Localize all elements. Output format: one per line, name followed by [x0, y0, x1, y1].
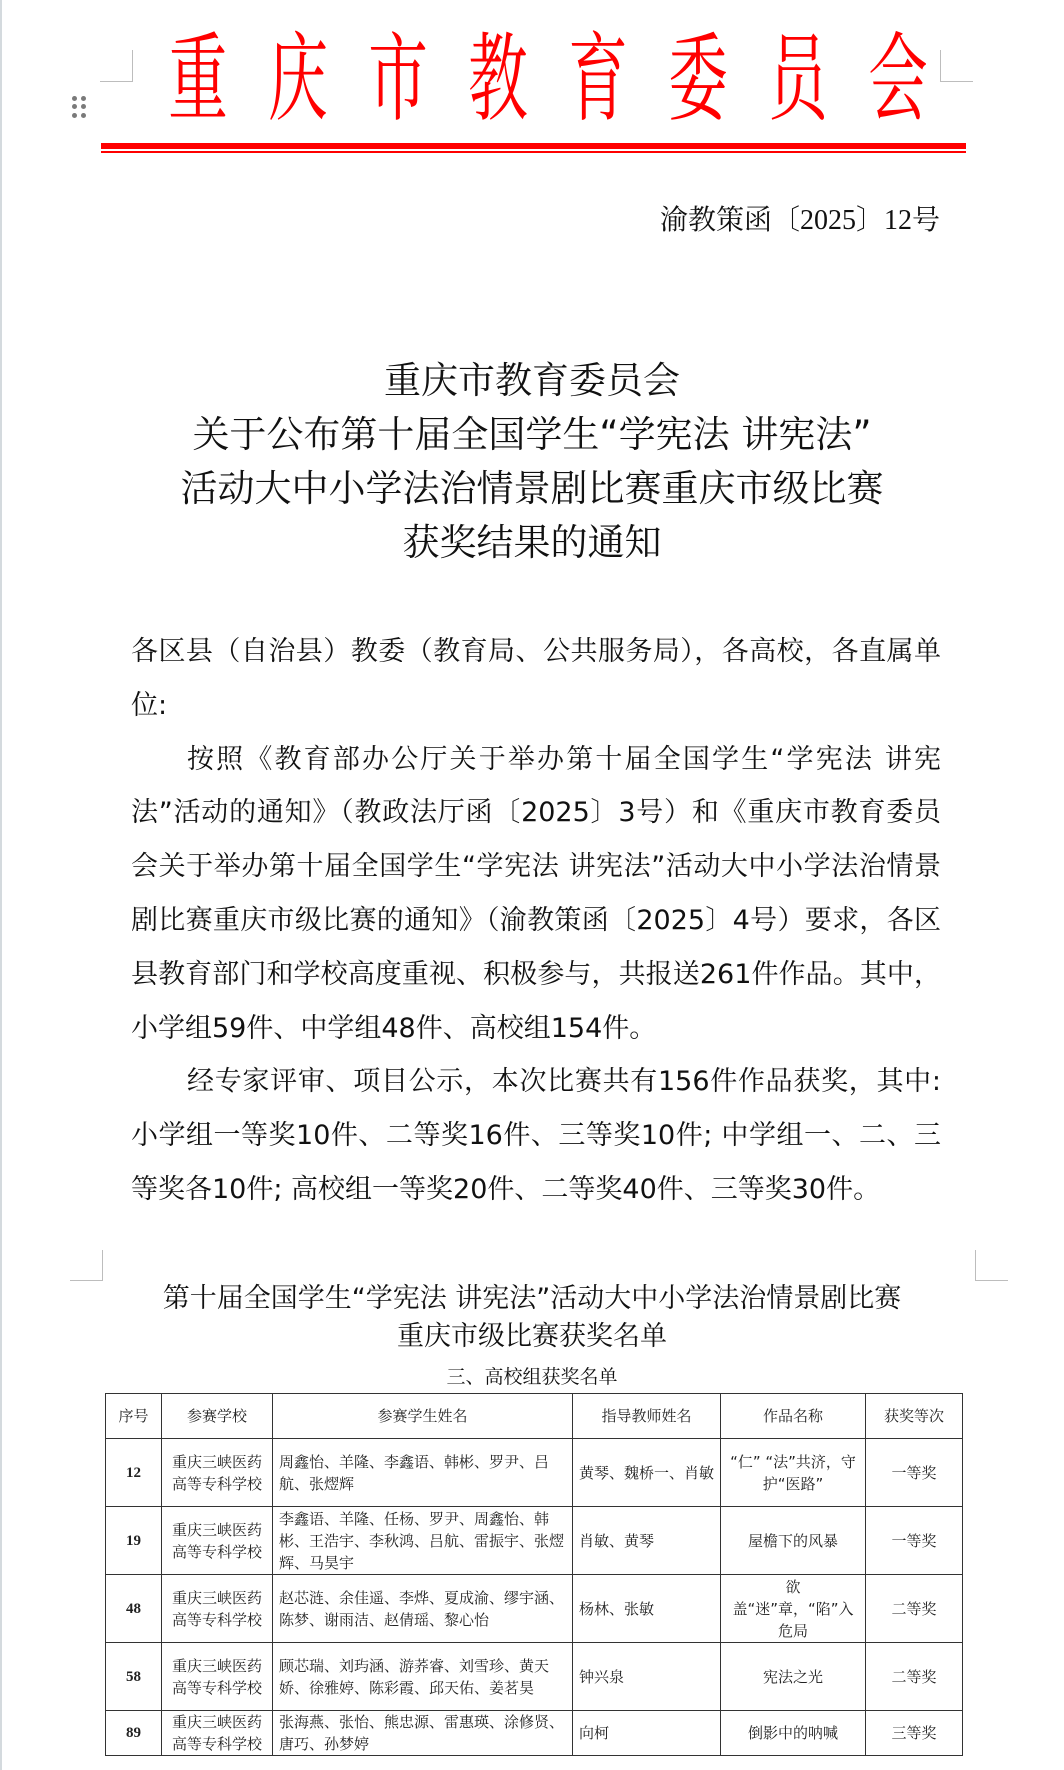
title-line: 关于公布第十届全国学生“学宪法 讲宪法”: [60, 408, 1004, 462]
letterhead-char: 育: [567, 22, 629, 137]
drag-handle-icon[interactable]: [72, 96, 86, 118]
cell-work: 欲盖“迷”章，“陷”入危局: [721, 1575, 866, 1643]
column-header: 参赛学校: [162, 1394, 273, 1439]
cell-teachers: 黄琴、魏桥一、肖敏: [573, 1439, 721, 1507]
body-paragraph: 经专家评审、项目公示，本次比赛共有156件作品获奖，其中: 小学组一等奖10件、…: [131, 1055, 941, 1216]
column-header: 序号: [106, 1394, 162, 1439]
column-header: 获奖等次: [866, 1394, 963, 1439]
document-number: 渝教策函〔2025〕12号: [660, 204, 940, 238]
cell-school: 重庆三峡医药高等专科学校: [162, 1575, 273, 1643]
letterhead-char: 重: [167, 22, 229, 137]
cell-teachers: 肖敏、黄琴: [573, 1507, 721, 1575]
column-header: 指导教师姓名: [573, 1394, 721, 1439]
cell-no: 12: [106, 1439, 162, 1507]
cell-students: 顾芯瑞、刘玙涵、游荞睿、刘雪珍、黄天娇、徐雅婷、陈彩霞、邱天佑、姜茗昊: [273, 1643, 573, 1711]
salutation: 各区县（自治县）教委（教育局、公共服务局），各高校，各直属单位:: [131, 625, 941, 733]
cell-teachers: 钟兴泉: [573, 1643, 721, 1711]
cell-teachers: 杨林、张敏: [573, 1575, 721, 1643]
cell-no: 58: [106, 1643, 162, 1711]
title-line: 获奖结果的通知: [60, 516, 1004, 570]
cell-work: “仁” “法”共济，守护“医路”: [721, 1439, 866, 1507]
title-line: 重庆市教育委员会: [60, 354, 1004, 408]
body-paragraph: 按照《教育部办公厅关于举办第十届全国学生“学宪法 讲宪法”活动的通知》（教政法厅…: [131, 733, 941, 1056]
cell-no: 19: [106, 1507, 162, 1575]
letterhead-char: 庆: [267, 22, 329, 137]
cell-award: 二等奖: [866, 1575, 963, 1643]
cell-no: 48: [106, 1575, 162, 1643]
cell-work: 倒影中的呐喊: [721, 1711, 866, 1756]
cell-school: 重庆三峡医药高等专科学校: [162, 1507, 273, 1575]
award-list-section-heading: 三、高校组获奖名单: [60, 1364, 1004, 1390]
margin-corner-mark-page2-right: [975, 1250, 1008, 1281]
page-left-border: [0, 0, 2, 1770]
cell-award: 一等奖: [866, 1439, 963, 1507]
table-row: 89 重庆三峡医药高等专科学校 张海燕、张怡、熊忠源、雷惠瑛、涂修贤、唐巧、孙梦…: [106, 1711, 963, 1756]
cell-school: 重庆三峡医药高等专科学校: [162, 1711, 273, 1756]
column-header: 参赛学生姓名: [273, 1394, 573, 1439]
letterhead-char: 会: [867, 22, 929, 137]
cell-work: 屋檐下的风暴: [721, 1507, 866, 1575]
margin-corner-mark-page2-left: [70, 1250, 103, 1281]
table-header-row: 序号 参赛学校 参赛学生姓名 指导教师姓名 作品名称 获奖等次: [106, 1394, 963, 1439]
letterhead-char: 教: [467, 22, 529, 137]
cell-school: 重庆三峡医药高等专科学校: [162, 1439, 273, 1507]
table-row: 58 重庆三峡医药高等专科学校 顾芯瑞、刘玙涵、游荞睿、刘雪珍、黄天娇、徐雅婷、…: [106, 1643, 963, 1711]
cell-students: 赵芯涟、余佳遥、李烨、夏成渝、缪宇涵、陈梦、谢雨洁、赵倩瑶、黎心怡: [273, 1575, 573, 1643]
cell-students: 周鑫怡、羊隆、李鑫语、韩彬、罗尹、吕航、张熤辉: [273, 1439, 573, 1507]
cell-award: 三等奖: [866, 1711, 963, 1756]
document-title: 重庆市教育委员会 关于公布第十届全国学生“学宪法 讲宪法” 活动大中小学法治情景…: [60, 354, 1004, 570]
letterhead-char: 员: [767, 22, 829, 137]
award-list-title: 第十届全国学生“学宪法 讲宪法”活动大中小学法治情景剧比赛 重庆市级比赛获奖名单: [60, 1280, 1004, 1356]
column-header: 作品名称: [721, 1394, 866, 1439]
cell-students: 张海燕、张怡、熊忠源、雷惠瑛、涂修贤、唐巧、孙梦婷: [273, 1711, 573, 1756]
cell-work: 宪法之光: [721, 1643, 866, 1711]
cell-teachers: 向柯: [573, 1711, 721, 1756]
table-row: 48 重庆三峡医药高等专科学校 赵芯涟、余佳遥、李烨、夏成渝、缪宇涵、陈梦、谢雨…: [106, 1575, 963, 1643]
table-row: 12 重庆三峡医药高等专科学校 周鑫怡、羊隆、李鑫语、韩彬、罗尹、吕航、张熤辉 …: [106, 1439, 963, 1507]
document-body: 各区县（自治县）教委（教育局、公共服务局），各高校，各直属单位: 按照《教育部办…: [131, 625, 941, 1217]
letterhead: 重 庆 市 教 育 委 员 会: [148, 22, 968, 137]
letterhead-char: 委: [667, 22, 729, 137]
award-list-title-line: 第十届全国学生“学宪法 讲宪法”活动大中小学法治情景剧比赛: [60, 1280, 1004, 1318]
letterhead-char: 市: [367, 22, 429, 137]
award-list-title-line: 重庆市级比赛获奖名单: [60, 1318, 1004, 1356]
cell-award: 一等奖: [866, 1507, 963, 1575]
cell-award: 二等奖: [866, 1643, 963, 1711]
table-row: 19 重庆三峡医药高等专科学校 李鑫语、羊隆、任杨、罗尹、周鑫怡、韩彬、王浩宇、…: [106, 1507, 963, 1575]
title-line: 活动大中小学法治情景剧比赛重庆市级比赛: [60, 462, 1004, 516]
cell-school: 重庆三峡医药高等专科学校: [162, 1643, 273, 1711]
letterhead-red-rule-thin: [101, 151, 966, 153]
award-table: 序号 参赛学校 参赛学生姓名 指导教师姓名 作品名称 获奖等次 12 重庆三峡医…: [105, 1393, 963, 1756]
cell-students: 李鑫语、羊隆、任杨、罗尹、周鑫怡、韩彬、王浩宇、李秋鸿、吕航、雷振宇、张熤辉、马…: [273, 1507, 573, 1575]
cell-no: 89: [106, 1711, 162, 1756]
letterhead-red-rule: [101, 143, 966, 149]
margin-corner-mark-top-left: [100, 50, 133, 82]
